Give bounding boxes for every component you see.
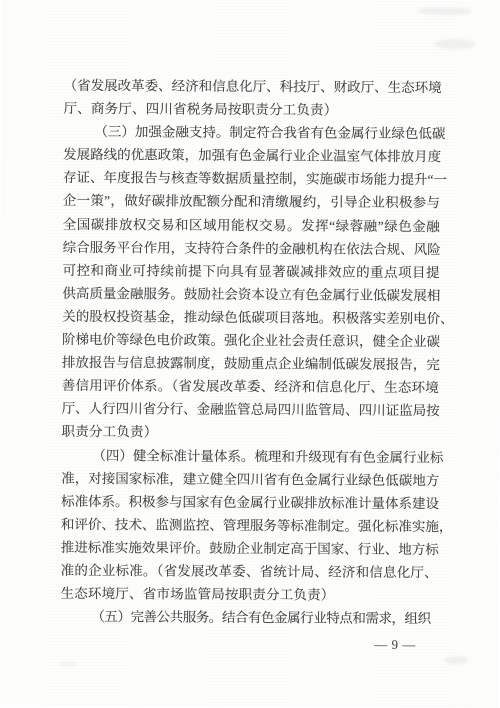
text-line: 可控和商业可持续前提下向具有显著碳减排效应的重点项目提 xyxy=(62,259,439,284)
text-line: 善信用评价体系。（省发展改革委、经济和信息化厅、生态环境 xyxy=(62,374,439,399)
text-line: 全国碳排放权交易和区域用能权交易。发挥“绿蓉融”绿色金融 xyxy=(63,212,440,237)
text-line: 职责分工负责） xyxy=(61,420,438,445)
text-line: 标准体系。积极参与国家有色金属行业碳排放标准计量体系建设 xyxy=(61,490,438,515)
text-line: 供高质量金融服务。鼓励社会资本设立有色金属行业低碳发展相 xyxy=(62,282,439,307)
text-line: 推进标准实施效果评价。鼓励企业制定高于国家、行业、地方标 xyxy=(61,536,438,561)
text-line: 综合服务平台作用，支持符合条件的金融机构在依法合规、风险 xyxy=(63,236,440,261)
paragraph-item-3-financial-support: （三）加强金融支持。制定符合我省有色金属行业绿色低碳 发展路线的优惠政策，加强有… xyxy=(61,120,440,446)
text-line: （省发展改革委、经济和信息化厅、科技厅、财政厅、生态环境 xyxy=(64,74,441,99)
scan-smudge xyxy=(58,661,76,667)
scan-smudge xyxy=(417,7,472,15)
paragraph-item-5-public-services: （五）完善公共服务。结合有色金属行业特点和需求，组织 xyxy=(60,605,437,630)
document-body: （省发展改革委、经济和信息化厅、科技厅、财政厅、生态环境 厅、商务厅、四川省税务… xyxy=(60,74,440,631)
text-line: 生态环境厅、省市场监管局按职责分工负责） xyxy=(60,582,437,607)
text-line: （三）加强金融支持。制定符合我省有色金属行业绿色低碳 xyxy=(63,120,440,145)
text-line: （五）完善公共服务。结合有色金属行业特点和需求，组织 xyxy=(60,605,437,630)
page-number: — 9 — xyxy=(374,635,416,655)
text-line: 企一策”，做好碳排放配额分配和清缴履约，引导企业积极参与 xyxy=(63,189,440,214)
scan-smudge xyxy=(434,39,476,49)
text-line: 准的企业标准。（省发展改革委、省统计局、经济和信息化厅、 xyxy=(61,559,438,584)
scanned-document-page: （省发展改革委、经济和信息化厅、科技厅、财政厅、生态环境 厅、商务厅、四川省税务… xyxy=(0,0,500,706)
text-line: （四）健全标准计量体系。梳理和升级现有有色金属行业标 xyxy=(61,443,438,468)
text-line: 阶梯电价等绿色电价政策。强化企业社会责任意识，健全企业碳 xyxy=(62,328,439,353)
paragraph-agencies-note: （省发展改革委、经济和信息化厅、科技厅、财政厅、生态环境 厅、商务厅、四川省税务… xyxy=(63,74,440,122)
text-line: 厅、人行四川省分行、金融监管总局四川监管局、四川证监局按 xyxy=(62,397,439,422)
text-line: 发展路线的优惠政策，加强有色金属行业企业温室气体排放月度 xyxy=(63,143,440,168)
text-line: 准，对接国家标准，建立健全四川省有色金属行业绿色低碳地方 xyxy=(61,466,438,491)
text-line: 存证、年度报告与核查等数据质量控制，实施碳市场能力提升“一 xyxy=(63,166,440,191)
scan-smudge xyxy=(444,656,468,664)
text-line: 关的股权投资基金，推动绿色低碳项目落地。积极落实差别电价、 xyxy=(62,305,439,330)
text-line: 和评价、技术、监测监控、管理服务等标准制定。强化标准实施， xyxy=(61,513,438,538)
text-line: 厅、商务厅、四川省税务局按职责分工负责） xyxy=(63,97,440,122)
text-line: 排放报告与信息披露制度，鼓励重点企业编制低碳发展报告，完 xyxy=(62,351,439,376)
paragraph-item-4-standards: （四）健全标准计量体系。梳理和升级现有有色金属行业标 准，对接国家标准，建立健全… xyxy=(60,443,438,607)
